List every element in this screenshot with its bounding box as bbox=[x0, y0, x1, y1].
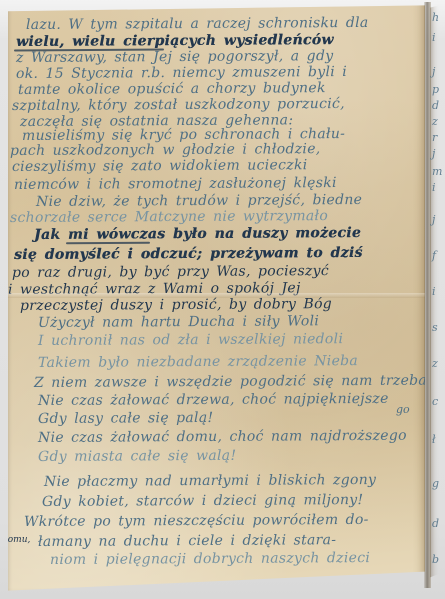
manuscript-line: Nie czas żałować domu, choć nam najdrożs… bbox=[38, 429, 407, 447]
line-suffix: go bbox=[396, 404, 410, 415]
edge-ink-fragment: b bbox=[432, 554, 439, 565]
edge-ink-fragment: p bbox=[432, 84, 439, 95]
edge-ink-fragment: j bbox=[432, 66, 435, 77]
manuscript-line: się domyśleć i odczuć; przeżywam to dziś bbox=[14, 246, 363, 264]
manuscript-line: Wkrótce po tym nieszczęściu powróciłem d… bbox=[24, 513, 369, 530]
edge-ink-fragment: f bbox=[432, 250, 436, 261]
edge-ink-fragment: s bbox=[432, 322, 438, 333]
manuscript-line: Nie czas żałować drzewa, choć najpięknie… bbox=[38, 392, 389, 410]
scanned-letter: lazu. W tym szpitalu a raczej schronisku… bbox=[0, 0, 445, 599]
letter-page: lazu. W tym szpitalu a raczej schronisku… bbox=[8, 0, 425, 593]
edge-ink-fragment: i bbox=[432, 182, 436, 193]
edge-ink-fragment: h bbox=[432, 12, 439, 23]
edge-ink-fragment: j bbox=[432, 148, 435, 159]
adjacent-page-strip: hijpdzrjmijfiszcłgdb bbox=[430, 0, 445, 582]
edge-ink-fragment: z bbox=[432, 358, 438, 369]
manuscript-line: Takiem było niezbadane zrządzenie Nieba bbox=[38, 354, 358, 371]
manuscript-line: lazu. W tym szpitalu a raczej schronisku… bbox=[26, 16, 369, 33]
manuscript-line: Gdy miasta całe się walą! bbox=[38, 449, 236, 466]
edge-ink-fragment: z bbox=[432, 116, 438, 127]
edge-ink-fragment: d bbox=[432, 518, 439, 529]
manuscript-line: Użyczył nam hartu Ducha i siły Woli bbox=[38, 314, 319, 331]
manuscript-line: Gdy kobiet, starców i dzieci giną miljon… bbox=[42, 493, 364, 510]
edge-ink-fragment: i bbox=[432, 32, 436, 43]
page-gap-shadow bbox=[424, 2, 431, 588]
manuscript-line: po raz drugi, by być przy Was, pocieszyć bbox=[12, 264, 329, 281]
edge-ink-fragment: j bbox=[432, 214, 435, 225]
edge-ink-fragment: m bbox=[432, 166, 442, 177]
edge-ink-fragment: r bbox=[432, 132, 437, 143]
manuscript-line: szpitalny, który został uszkodzony porzu… bbox=[12, 97, 345, 114]
edge-ink-fragment: i bbox=[432, 286, 436, 297]
edge-ink-fragment: d bbox=[432, 100, 439, 111]
manuscript-line: Z niem zawsze i wszędzie pogodzić się na… bbox=[34, 374, 427, 392]
edge-ink-fragment: g bbox=[432, 478, 439, 489]
manuscript-line: I uchronił nas od zła i wszelkiej niedol… bbox=[38, 332, 343, 349]
ink-underline bbox=[66, 242, 150, 245]
edge-ink-fragment: ł bbox=[432, 434, 436, 445]
margin-note: domu, bbox=[2, 536, 30, 545]
manuscript-line: schorzałe serce Matczyne nie wytrzymało bbox=[10, 209, 328, 226]
manuscript-line: niom i pielęgnacji dobrych naszych dziec… bbox=[50, 551, 370, 568]
manuscript-line: Nie płaczmy nad umarłymi i bliskich zgon… bbox=[44, 473, 376, 490]
manuscript-line: cieszyliśmy się zato widokiem ucieczki bbox=[12, 158, 308, 175]
manuscript-line: Gdy lasy całe się palą! bbox=[38, 411, 213, 427]
manuscript-line: łamany na duchu i ciele i dzięki stara- bbox=[38, 533, 336, 550]
edge-ink-fragment: c bbox=[432, 396, 438, 407]
manuscript-line: niemców i ich sromotnej zasłużonej klęsk… bbox=[14, 176, 337, 193]
manuscript-line: przeczystej duszy i prosić, by dobry Bóg bbox=[20, 297, 332, 314]
manuscript-line: Jak mi wówczas było na duszy możecie bbox=[34, 226, 361, 243]
